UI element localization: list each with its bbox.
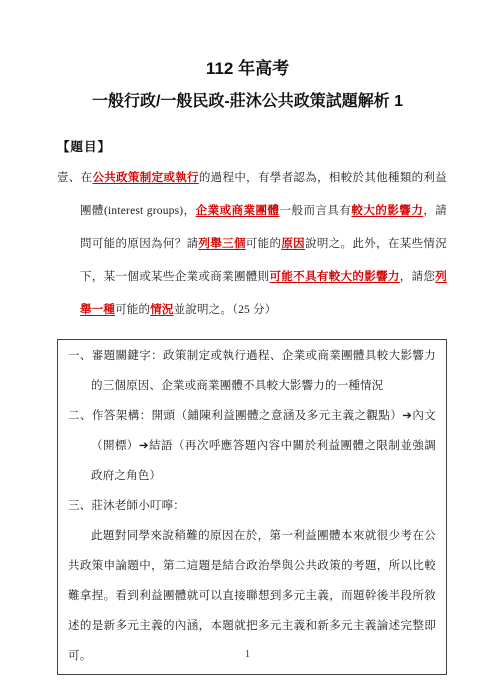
- question-text: 並說明之。（25 分）: [174, 304, 277, 316]
- question-keyword: 較大的影響力: [351, 205, 423, 217]
- analysis-item: 二、作答架構：開頭（鋪陳利益團體之意涵及多元主義之觀點）➔內文（開標）➔結語（再…: [68, 401, 436, 491]
- analysis-item: 一、審題關鍵字：政策制定或執行過程、企業或商業團體具較大影響力的三個原因、企業或…: [68, 341, 436, 401]
- question-keyword: 情況: [150, 304, 173, 316]
- question-text: 可能的: [246, 238, 282, 250]
- question-text: 壹、在: [57, 172, 92, 184]
- document-page: 112 年高考 一般行政/一般民政-莊沐公共政策試題解析 1 【題目】 壹、在公…: [0, 0, 495, 700]
- question-keyword: 可能不具有較大的影響力: [269, 271, 399, 283]
- analysis-item: 三、莊沐老師小叮嚀：: [68, 491, 436, 521]
- page-number: 1: [0, 649, 495, 660]
- question-section-label: 【題目】: [57, 137, 495, 155]
- document-subtitle: 一般行政/一般民政-莊沐公共政策試題解析 1: [0, 92, 495, 112]
- question-keyword: 公共政策制定或執行: [92, 172, 198, 184]
- question-keyword: 原因: [281, 238, 305, 250]
- question-paragraph: 壹、在公共政策制定或執行的過程中，有學者認為，相較於其他種類的利益團體(inte…: [57, 162, 447, 327]
- question-keyword: 列舉三個: [198, 238, 245, 250]
- analysis-box: 一、審題關鍵字：政策制定或執行過程、企業或商業團體具較大影響力的三個原因、企業或…: [57, 339, 447, 675]
- document-title: 112 年高考: [0, 0, 495, 79]
- question-text: 一般而言具有: [280, 205, 352, 217]
- question-text: 可能的: [115, 304, 150, 316]
- question-keyword: 企業或商業團體: [196, 205, 280, 217]
- question-text: ，請您: [400, 271, 436, 283]
